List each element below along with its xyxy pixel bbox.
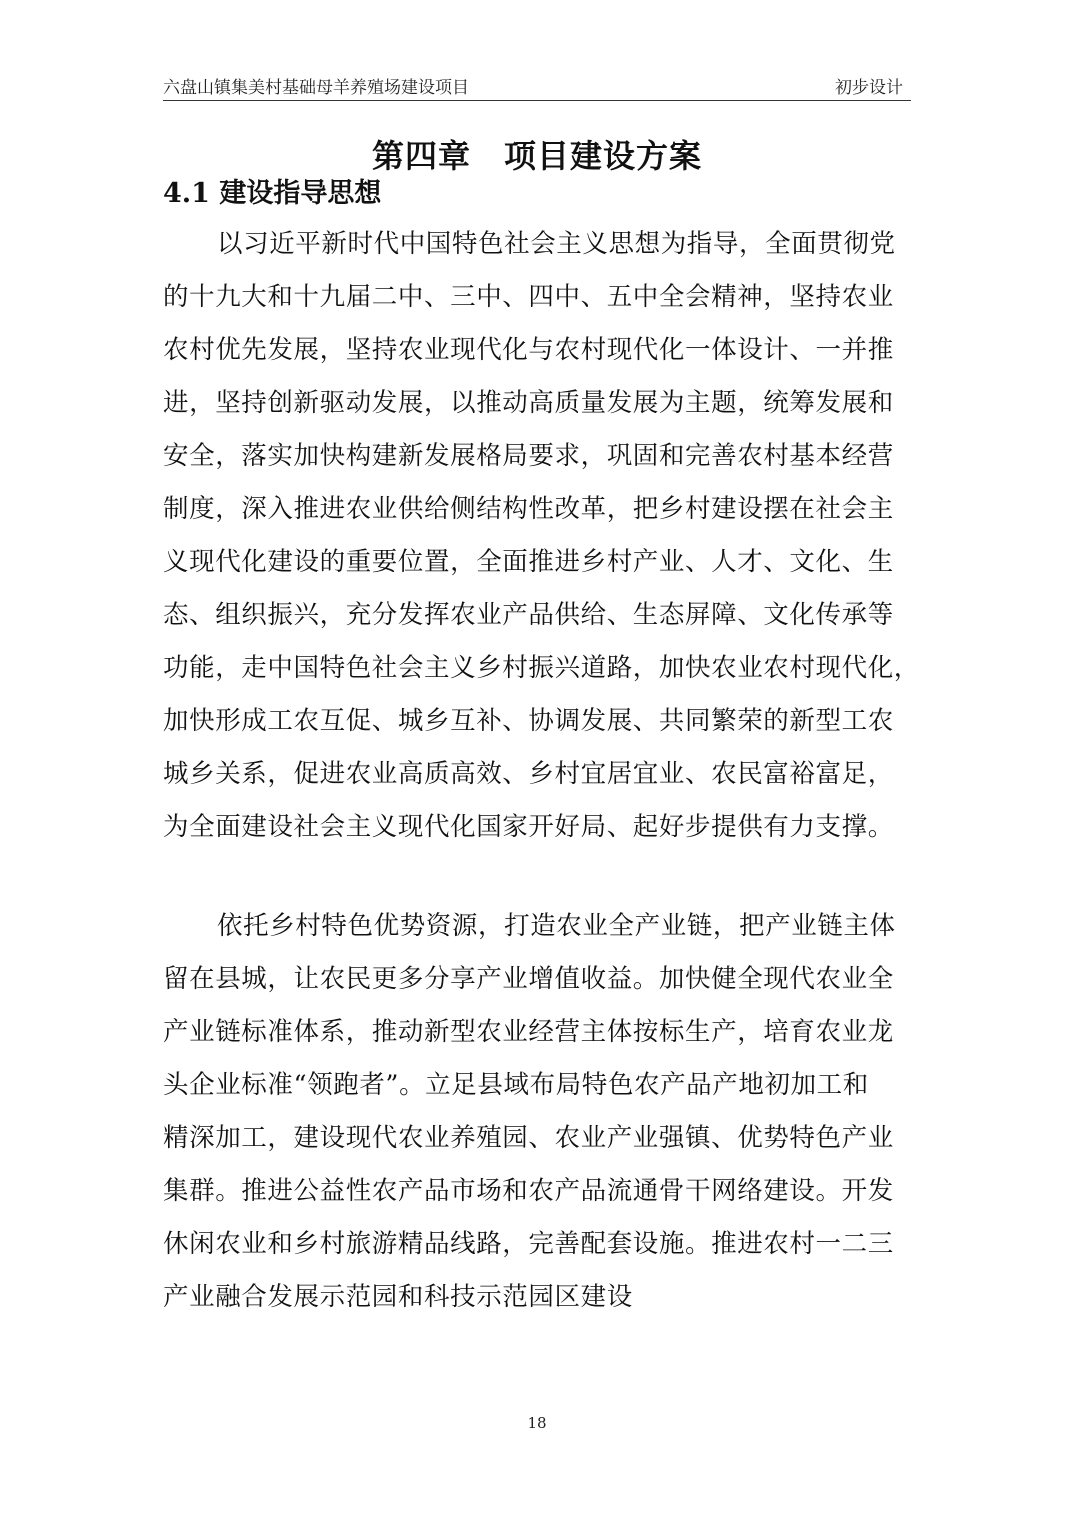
paragraph-line: 制度，深入推进农业供给侧结构性改革，把乡村建设摆在社会主 <box>163 483 913 536</box>
header-project-title: 六盘山镇集美村基础母羊养殖场建设项目 <box>163 78 469 98</box>
paragraph-line: 的十九大和十九届二中、三中、四中、五中全会精神，坚持农业 <box>163 271 913 324</box>
paragraph-line: 城乡关系，促进农业高质高效、乡村宜居宜业、农民富裕富足， <box>163 748 913 801</box>
paragraph-line: 产业融合发展示范园和科技示范园区建设 <box>163 1271 913 1324</box>
paragraph-2: 依托乡村特色优势资源，打造农业全产业链，把产业链主体 留在县城，让农民更多分享产… <box>163 900 913 1324</box>
section-heading: 4.1 建设指导思想 <box>163 176 381 212</box>
page-number: 18 <box>0 1414 1074 1432</box>
paragraph-line: 留在县城，让农民更多分享产业增值收益。加快健全现代农业全 <box>163 953 913 1006</box>
header-document-type: 初步设计 <box>835 78 903 98</box>
paragraph-line: 产业链标准体系，推动新型农业经营主体按标生产，培育农业龙 <box>163 1006 913 1059</box>
paragraph-line: 集群。推进公益性农产品市场和农产品流通骨干网络建设。开发 <box>163 1165 913 1218</box>
chapter-title: 第四章 项目建设方案 <box>163 136 911 176</box>
paragraph-line: 休闲农业和乡村旅游精品线路，完善配套设施。推进农村一二三 <box>163 1218 913 1271</box>
page-header: 六盘山镇集美村基础母羊养殖场建设项目 初步设计 <box>163 78 911 101</box>
paragraph-1: 以习近平新时代中国特色社会主义思想为指导，全面贯彻党 的十九大和十九届二中、三中… <box>163 218 913 854</box>
paragraph-line: 农村优先发展，坚持农业现代化与农村现代化一体设计、一并推 <box>163 324 913 377</box>
paragraph-line: 依托乡村特色优势资源，打造农业全产业链，把产业链主体 <box>163 900 913 953</box>
paragraph-line: 功能，走中国特色社会主义乡村振兴道路，加快农业农村现代化， <box>163 642 913 695</box>
paragraph-line: 精深加工，建设现代农业养殖园、农业产业强镇、优势特色产业 <box>163 1112 913 1165</box>
paragraph-line: 义现代化建设的重要位置，全面推进乡村产业、人才、文化、生 <box>163 536 913 589</box>
paragraph-line: 头企业标准“领跑者”。立足县域布局特色农产品产地初加工和 <box>163 1059 913 1112</box>
paragraph-line: 为全面建设社会主义现代化国家开好局、起好步提供有力支撑。 <box>163 801 913 854</box>
paragraph-line: 以习近平新时代中国特色社会主义思想为指导，全面贯彻党 <box>163 218 913 271</box>
paragraph-line: 态、组织振兴，充分发挥农业产品供给、生态屏障、文化传承等 <box>163 589 913 642</box>
paragraph-line: 安全，落实加快构建新发展格局要求，巩固和完善农村基本经营 <box>163 430 913 483</box>
paragraph-line: 进，坚持创新驱动发展，以推动高质量发展为主题，统筹发展和 <box>163 377 913 430</box>
paragraph-line: 加快形成工农互促、城乡互补、协调发展、共同繁荣的新型工农 <box>163 695 913 748</box>
